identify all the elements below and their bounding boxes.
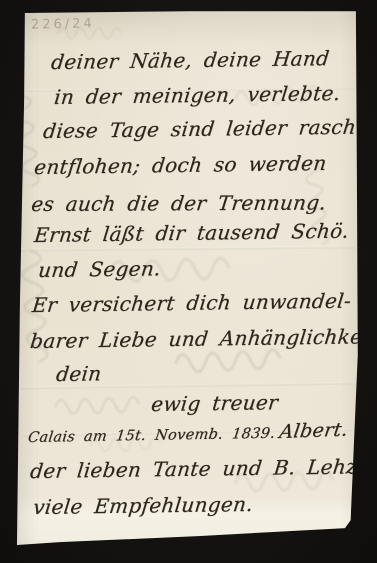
letter-line-1: deiner Nähe, deine Hand <box>50 46 331 74</box>
letter-postscript-2: viele Empfehlungen. <box>32 492 254 519</box>
letter-line-6: Ernst läßt dir tausend Schö. <box>33 219 350 247</box>
letter-line-3: diese Tage sind leider rasch <box>42 115 357 143</box>
archive-number: 226/24 <box>31 16 95 32</box>
letter-page: 226/24 deiner Nähe, deine Hand in der me… <box>0 0 377 563</box>
letter-valediction: ewig treuer <box>150 390 279 416</box>
letter-postscript-1: der lieben Tante und B. Lehzen <box>29 454 377 483</box>
letter-line-7: und Segen. <box>37 256 162 282</box>
letter-signature: Albert. <box>278 419 350 443</box>
letter-line-5: es auch die der Trennung. <box>30 190 328 216</box>
letter-line-9: barer Liebe und Anhänglichkeit. <box>29 324 377 353</box>
scan-background: 226/24 deiner Nähe, deine Hand in der me… <box>0 0 377 563</box>
letter-line-2: in der meinigen, verlebte. <box>53 81 342 109</box>
letter-closing-pronoun: dein <box>55 361 103 386</box>
letter-line-8: Er versichert dich unwandel- <box>31 289 352 317</box>
letter-line-4: entflohen; doch so werden <box>33 151 328 179</box>
